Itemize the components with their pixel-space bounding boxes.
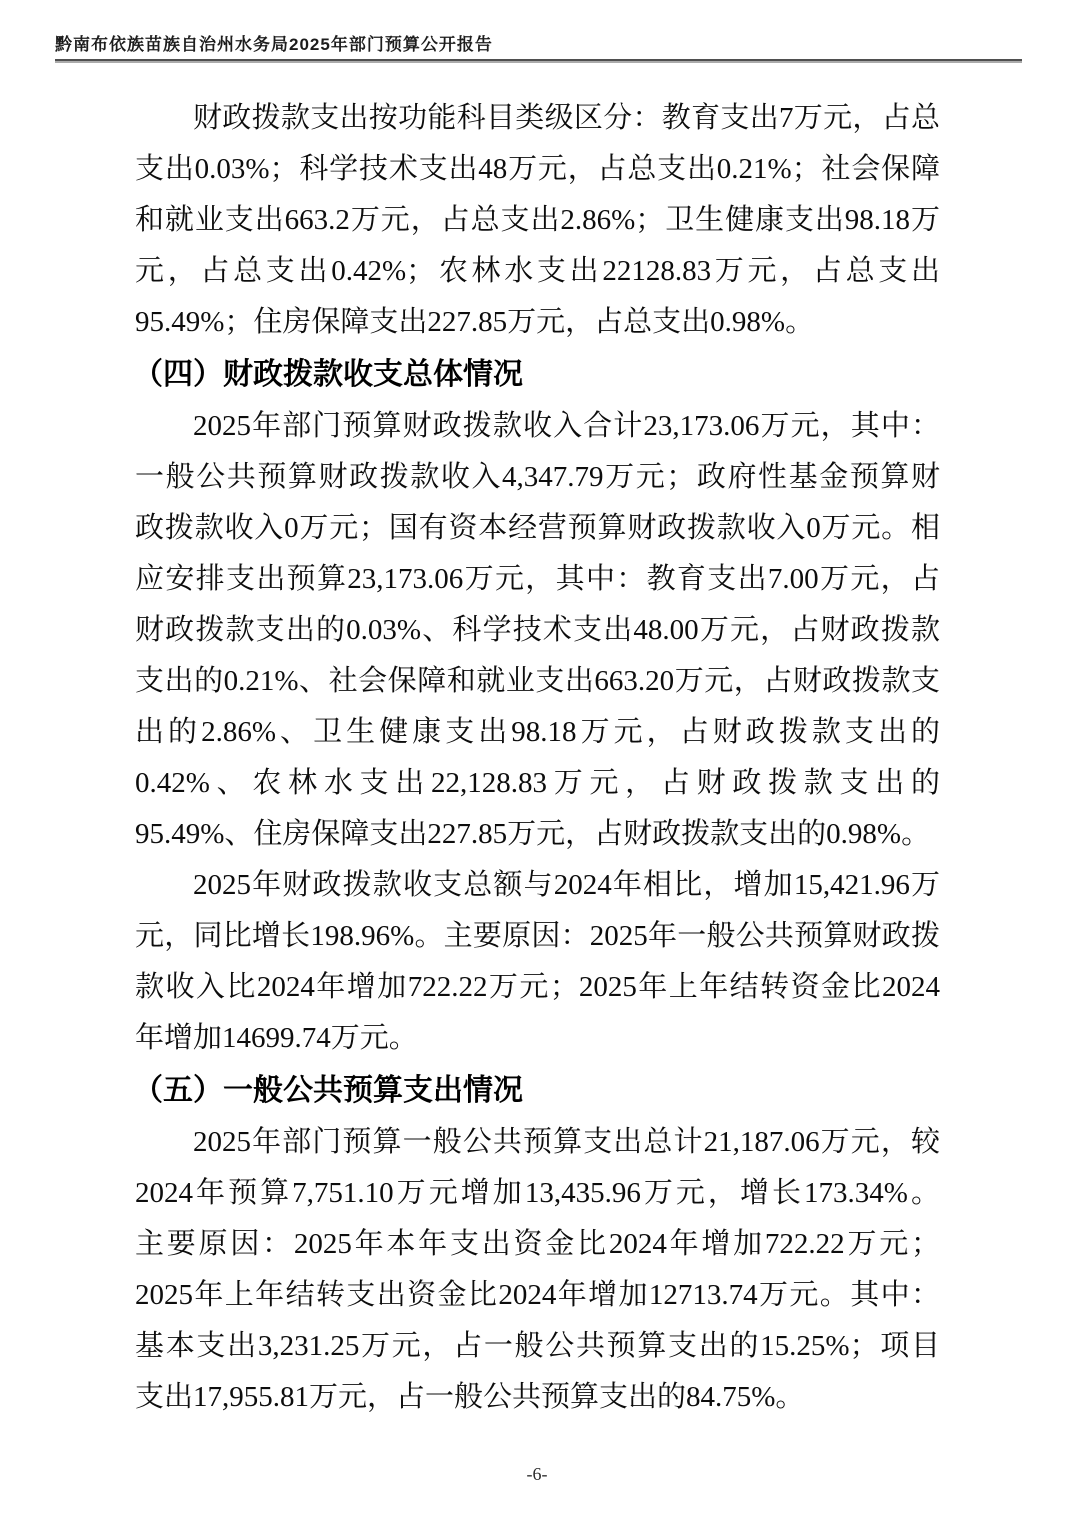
paragraph-line: 元，同比增长198.96%。主要原因：2025年一般公共预算财政拨 xyxy=(135,911,940,962)
paragraph-line: 政拨款收入0万元；国有资本经营预算财政拨款收入0万元。相 xyxy=(135,503,940,554)
paragraph-line: 2025年上年结转支出资金比2024年增加12713.74万元。其中： xyxy=(135,1270,940,1321)
paragraph-line: 95.49%、住房保障支出227.85万元，占财政拨款支出的0.98%。 xyxy=(135,809,940,860)
paragraph-line: 2025年部门预算一般公共预算支出总计21,187.06万元，较 xyxy=(135,1117,940,1168)
body-paragraph: 2025年部门预算财政拨款收入合计23,173.06万元，其中： 一般公共预算财… xyxy=(135,401,940,860)
paragraph-line: 2024年预算7,751.10万元增加13,435.96万元，增长173.34%… xyxy=(135,1168,940,1219)
paragraph-line: 2025年部门预算财政拨款收入合计23,173.06万元，其中： xyxy=(135,401,940,452)
paragraph-line: 2025年财政拨款收支总额与2024年相比，增加15,421.96万 xyxy=(135,860,940,911)
paragraph-line: 和就业支出663.2万元，占总支出2.86%；卫生健康支出98.18万 xyxy=(135,195,940,246)
paragraph-line: 基本支出3,231.25万元，占一般公共预算支出的15.25%；项目 xyxy=(135,1321,940,1372)
body-paragraph: 2025年财政拨款收支总额与2024年相比，增加15,421.96万 元，同比增… xyxy=(135,860,940,1064)
paragraph-line: 出的2.86%、卫生健康支出98.18万元，占财政拨款支出的 xyxy=(135,707,940,758)
paragraph-line: 元，占总支出0.42%；农林水支出22128.83万元，占总支出 xyxy=(135,246,940,297)
paragraph-line: 支出0.03%；科学技术支出48万元，占总支出0.21%；社会保障 xyxy=(135,144,940,195)
paragraph-line: 主要原因：2025年本年支出资金比2024年增加722.22万元； xyxy=(135,1219,940,1270)
document-body: 财政拨款支出按功能科目类级区分：教育支出7万元，占总 支出0.03%；科学技术支… xyxy=(135,93,940,1423)
paragraph-line: 一般公共预算财政拨款收入4,347.79万元；政府性基金预算财 xyxy=(135,452,940,503)
section-heading-4: （四）财政拨款收支总体情况 xyxy=(133,348,940,401)
paragraph-line: 财政拨款支出按功能科目类级区分：教育支出7万元，占总 xyxy=(135,93,940,144)
report-page: 黔南布依族苗族自治州水务局2025年部门预算公开报告 财政拨款支出按功能科目类级… xyxy=(0,0,1074,1520)
paragraph-line: 款收入比2024年增加722.22万元；2025年上年结转资金比2024 xyxy=(135,962,940,1013)
body-paragraph: 财政拨款支出按功能科目类级区分：教育支出7万元，占总 支出0.03%；科学技术支… xyxy=(135,93,940,348)
paragraph-line: 年增加14699.74万元。 xyxy=(135,1013,940,1064)
page-number: -6- xyxy=(0,1464,1074,1485)
paragraph-line: 0.42%、农林水支出22,128.83万元，占财政拨款支出的 xyxy=(135,758,940,809)
report-header-title: 黔南布依族苗族自治州水务局2025年部门预算公开报告 xyxy=(55,30,493,55)
paragraph-line: 支出17,955.81万元，占一般公共预算支出的84.75%。 xyxy=(135,1372,940,1423)
section-heading-5: （五）一般公共预算支出情况 xyxy=(133,1064,940,1117)
paragraph-line: 95.49%；住房保障支出227.85万元，占总支出0.98%。 xyxy=(135,297,940,348)
paragraph-line: 支出的0.21%、社会保障和就业支出663.20万元，占财政拨款支 xyxy=(135,656,940,707)
body-paragraph: 2025年部门预算一般公共预算支出总计21,187.06万元，较 2024年预算… xyxy=(135,1117,940,1423)
paragraph-line: 财政拨款支出的0.03%、科学技术支出48.00万元，占财政拨款 xyxy=(135,605,940,656)
header-divider xyxy=(55,59,1022,63)
paragraph-line: 应安排支出预算23,173.06万元，其中：教育支出7.00万元，占 xyxy=(135,554,940,605)
